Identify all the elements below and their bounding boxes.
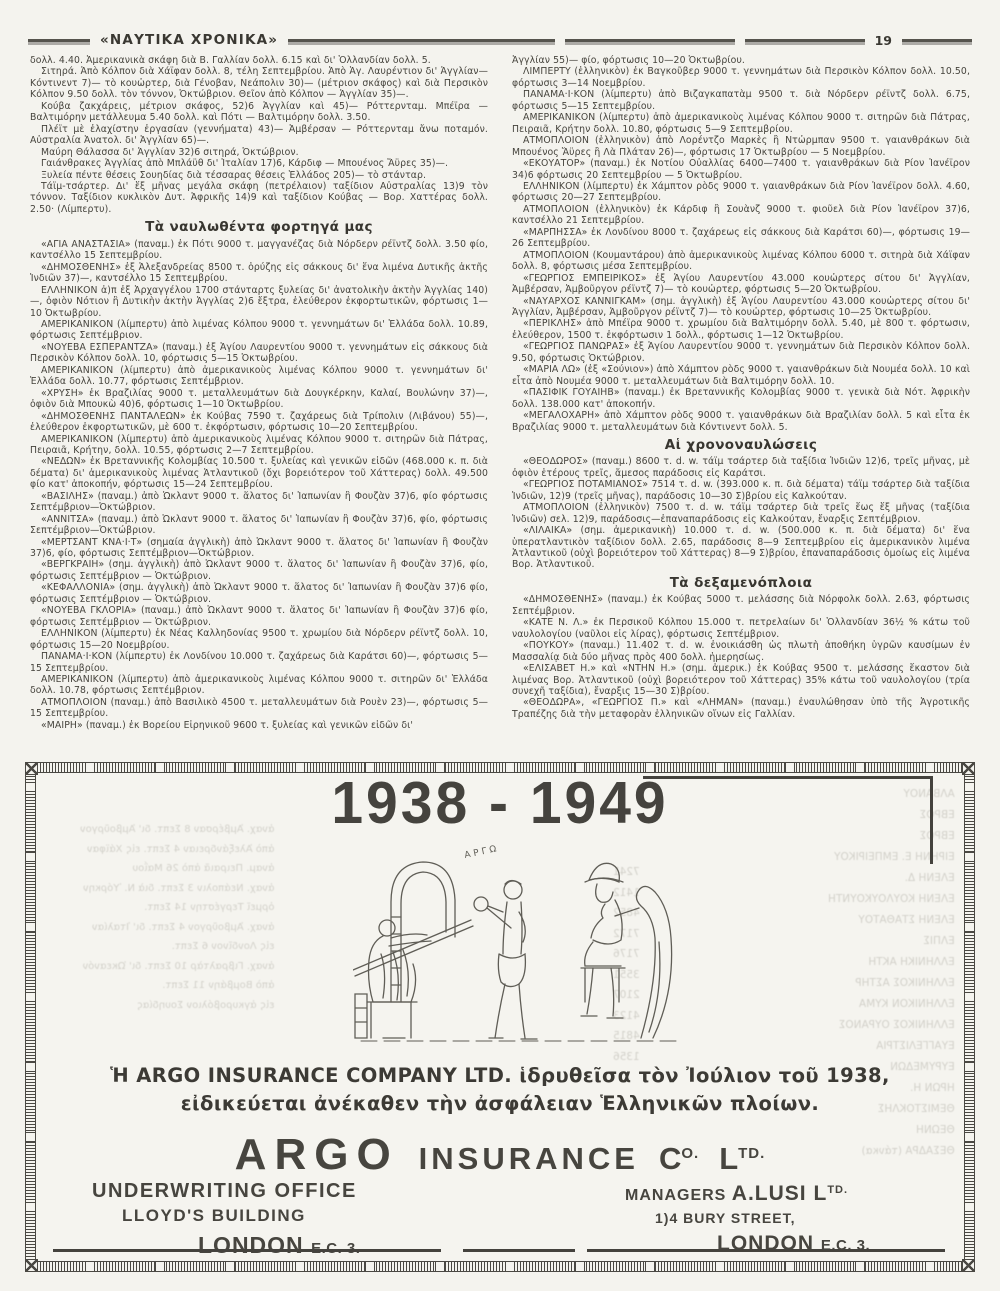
paragraph: «ΛΙΛΑΙΚΑ» (σημ. ἀμερικανικὴ) 10.000 τ. d… bbox=[512, 525, 970, 571]
paragraph: ΕΛΕΝΗ Δ. bbox=[828, 868, 955, 889]
paragraph: ΕΛΠΙΣ bbox=[828, 931, 955, 952]
paragraph: ΕΛΛΗΝΙΚΗ ΑΚΤΗ bbox=[828, 952, 955, 973]
paragraph: «ΜΕΡΤΣΑΝΤ ΚΝΑ·Ι·Τ» (σημαία ἀγγλικὴ) ἀπὸ … bbox=[30, 537, 488, 560]
paragraph: ΕΥΑΓΓΕΛΙΣΤΡΙΑ bbox=[828, 1036, 955, 1057]
ad-rule-top-right-drop bbox=[930, 776, 933, 864]
paragraph: ΕΙΡΗΝΗ Ε. ΕΜΠΕΙΡΙΚΟΥ bbox=[828, 847, 955, 868]
paragraph: Μαύρη Θάλασσα δι' Ἀγγλίαν 32)6 σιτηρά, Ὀ… bbox=[30, 147, 488, 158]
managers-street: 1)4 BURY STREET, bbox=[655, 1210, 927, 1226]
argo-illustration-svg: ΑΡΓΩ bbox=[353, 842, 687, 1062]
paragraph: ὁρμεῖ Τεργέστην 14 Σεπτ. bbox=[80, 898, 275, 918]
paragraph: «ΓΕΩΡΓΙΟΣ ΠΑΝΩΡΑΣ» ἐξ Ἁγίου Λαυρεντίου 9… bbox=[512, 341, 970, 364]
ad-rule-top-right bbox=[643, 776, 933, 779]
paragraph: Ξυλεία πέντε θέσεις Σουηδίας διὰ τέσσαρα… bbox=[30, 170, 488, 181]
paragraph: εἰς Λονδῖνον 6 Σεπτ. bbox=[80, 937, 275, 957]
paragraph: «ΘΕΟΔΩΡΑ», «ΓΕΩΡΓΙΟΣ Π.» καὶ «ΛΗΜΑΝ» (πα… bbox=[512, 697, 970, 720]
paragraph: «ΒΑΣΙΛΗΣ» (παναμ.) ἀπὸ Ὠκλαντ 9000 τ. ἅλ… bbox=[30, 491, 488, 514]
paragraph: ΕΛΛΗΝΙΚΟΝ ἀ)π ἐξ Ἀρχαγγέλου 1700 στάνταρ… bbox=[30, 285, 488, 319]
paragraph: ἀπὸ Βομβάην 11 Σεπτ. bbox=[80, 976, 275, 996]
paragraph: «ΒΕΡΓΚΡΑΙΗ» (σημ. ἀγγλικὴ) ἀπὸ Ὠκλαντ 90… bbox=[30, 559, 488, 582]
ad-bottom-rule-2 bbox=[463, 1249, 575, 1252]
paragraph: «ΚΑΤΕ Ν. Λ.» ἐκ Περσικοῦ Κόλπου 15.000 τ… bbox=[512, 617, 970, 640]
paragraph: ΕΛΕΝΗ ΣΤΑΘΑΤΟΥ bbox=[828, 910, 955, 931]
brand-ltd: LTD. bbox=[719, 1141, 765, 1177]
brand-co-superscript: O. bbox=[681, 1145, 699, 1162]
paragraph: ἀπὸ Ἀλεξάνδρειαν 4 Σεπτ. εἰς Χάϊφαν bbox=[80, 840, 275, 860]
column-right: Ἀγγλίαν 55)— φίο, φόρτωσις 10—20 Ὀκτωβρί… bbox=[512, 55, 970, 761]
chartered-ships-right: ΛΙΜΠΕΡΤΥ (ἑλληνικὸν) ἐκ Βαγκοῦβερ 9000 τ… bbox=[512, 66, 970, 433]
paragraph: «ΜΕΓΑΛΟΧΑΡΗ» ἀπὸ Χάμπτον ρὸδς 9000 τ. γα… bbox=[512, 410, 970, 433]
paragraph: δολλ. 4.40. Ἀμερικανικὰ σκάφη διὰ Β. Γαλ… bbox=[30, 55, 488, 66]
masthead-title: «ΝΑΥΤΙΚΑ ΧΡΟΝΙΚΑ» bbox=[100, 32, 278, 48]
tankers-section: «ΔΗΜΟΣΘΕΝΗΣ» (παναμ.) ἐκ Κούβας 5000 τ. … bbox=[512, 594, 970, 720]
paragraph: ΛΙΜΠΕΡΤΥ (ἑλληνικὸν) ἐκ Βαγκοῦβερ 9000 τ… bbox=[512, 66, 970, 89]
managers-name: A.LUSI LTD. bbox=[732, 1182, 848, 1205]
paragraph: ΑΤΜΟΠΛΟΙΟΝ (ἑλληνικὸν) ἐκ Κάρδιφ ἢ Σουὰν… bbox=[512, 204, 970, 227]
paragraph: ΕΛΛΗΝΙΚΟΣ ΟΥΡΑΝΟΣ bbox=[828, 1015, 955, 1036]
paragraph: εἰς ἀγκυροβόλιον Σουηδίας bbox=[80, 996, 275, 1016]
paragraph: ΑΤΜΟΠΛΟΙΟΝ (ἑλληνικὸν) 7500 τ. d. w. τάϊ… bbox=[512, 502, 970, 525]
ad-headline-line2: εἰδικεύεται ἀνέκαθεν τὴν ἀσφάλειαν Ἑλλην… bbox=[65, 1092, 935, 1115]
article-columns: δολλ. 4.40. Ἀμερικανικὰ σκάφη διὰ Β. Γαλ… bbox=[30, 55, 970, 761]
argo-brand-lockup: ARGO INSURANCE CO. LTD. bbox=[25, 1130, 975, 1180]
paragraph: «ΝΟΥΕΒΑ ΓΚΛΟΡΙΑ» (παναμ.) ἀπὸ Ὠκλαντ 900… bbox=[30, 605, 488, 628]
ad-corner-icon bbox=[25, 1259, 38, 1272]
paragraph: ἀναχ. Ἀμβοῦργον 4 Σεπτ. δι' Ἰταλίαν bbox=[80, 918, 275, 938]
brand-co: CO. bbox=[659, 1141, 699, 1177]
paragraph: ἀναχ. Γιβραλτὰρ 10 Σεπτ. δι' Ὠκεανόν bbox=[80, 957, 275, 977]
managers-line: MANAGERS A.LUSI LTD. bbox=[625, 1182, 927, 1206]
ad-corner-icon bbox=[962, 1259, 975, 1272]
brand-argo: ARGO bbox=[235, 1130, 399, 1180]
ad-bottom-rule-1 bbox=[53, 1249, 441, 1252]
ad-headline-line1: Ἡ ARGO INSURANCE COMPANY LTD. ἱδρυθεῖσα … bbox=[65, 1064, 935, 1087]
paragraph: ΑΜΕΡΙΚΑΝΙΚΟΝ (λίμπερτυ) ἀπὸ ἀμερικανικοὺ… bbox=[30, 434, 488, 457]
managers-ltd-superscript: TD. bbox=[827, 1184, 848, 1196]
paragraph: «ΑΝΝΙΤΣΑ» (παναμ.) ἀπὸ Ὠκλαντ 9000 τ. ἅλ… bbox=[30, 514, 488, 537]
paragraph: «ΜΑΙΡΗ» (παναμ.) ἐκ Βορείου Εἰρηνικοῦ 96… bbox=[30, 720, 488, 731]
header-rule-left bbox=[28, 39, 90, 42]
paragraph: «ΔΗΜΟΣΘΕΝΗΣ» (παναμ.) ἐκ Κούβας 5000 τ. … bbox=[512, 594, 970, 617]
ad-border-left bbox=[25, 762, 36, 1272]
section-heading-tankers: Τὰ δεξαμενόπλοια bbox=[512, 578, 970, 589]
paragraph: ΑΜΕΡΙΚΑΝΙΚΟΝ (λίμπερτυ) ἀπὸ ἀμερικανικοὺ… bbox=[30, 365, 488, 388]
brand-ltd-superscript: TD. bbox=[738, 1145, 765, 1162]
paragraph: ἀναχ. Νεάπολιν 3 Σεπτ. διὰ Ν. Ὑόρκην bbox=[80, 879, 275, 899]
underwriting-office-block: UNDERWRITING OFFICE LLOYD'S BUILDING LON… bbox=[80, 1180, 480, 1259]
paragraph: ΕΛΛΗΝΙΚΟΝ (λίμπερτυ) ἐκ Νέας Καλληδονίας… bbox=[30, 628, 488, 651]
paragraph: Πλέϊτ μὲ ἐλαχίστην ἐργασίαν (γεννήματα) … bbox=[30, 124, 488, 147]
paragraph: «ΑΓΙΑ ΑΝΑΣΤΑΣΙΑ» (παναμ.) ἐκ Πότι 9000 τ… bbox=[30, 239, 488, 262]
ad-border-top bbox=[25, 762, 975, 773]
brand-insurance: INSURANCE bbox=[419, 1141, 639, 1177]
section-heading-timecharters: Αἱ χρονοναυλώσεις bbox=[512, 440, 970, 451]
paragraph: ΕΛΛΗΝΙΚΟΝ (λίμπερτυ) ἐκ Χάμπτον ρὸδς 900… bbox=[512, 181, 970, 204]
paragraph: ΠΑΝΑΜΑ·Ι·ΚΟΝ (λίμπερτυ) ἀπὸ Βιζαγκαπατὰμ… bbox=[512, 89, 970, 112]
ad-bottom-rule-3 bbox=[587, 1249, 945, 1252]
paragraph: «ΕΛΙΣΑΒΕΤ Η.» καὶ «ΝΤΗΝ Η.» (σημ. ἀμερικ… bbox=[512, 663, 970, 697]
paragraph: «ΝΑΥΑΡΧΟΣ ΚΑΝΝΙΓΚΑΜ» (σημ. ἀγγλικὴ) ἐξ Ἁ… bbox=[512, 296, 970, 319]
column-left: δολλ. 4.40. Ἀμερικανικὰ σκάφη διὰ Β. Γαλ… bbox=[30, 55, 488, 761]
magazine-page: «ΝΑΥΤΙΚΑ ΧΡΟΝΙΚΑ» 19 δολλ. 4.40. Ἀμερικα… bbox=[0, 0, 1000, 1291]
paragraph: Γαιάνθρακες Ἀγγλίας ἀπὸ Μπλάϋθ δι' Ἰταλί… bbox=[30, 158, 488, 169]
managers-city-line: LONDON E.C. 3. bbox=[717, 1232, 927, 1256]
paragraph: «ΓΕΩΡΓΙΟΣ ΠΟΤΑΜΙΑΝΟΣ» 7514 τ. d. w. (393… bbox=[512, 479, 970, 502]
timecharters-section: «ΘΕΟΔΩΡΟΣ» (παναμ.) 8600 τ. d. w. τάϊμ τ… bbox=[512, 456, 970, 571]
paragraph: ΕΛΛΗΝΙΚΟΝ ΚΥΜΑ bbox=[828, 994, 955, 1015]
paragraph: «ΓΕΩΡΓΙΟΣ ΕΜΠΕΙΡΙΚΟΣ» ἐξ Ἁγίου Λαυρεντίο… bbox=[512, 273, 970, 296]
paragraph: ΑΜΕΡΙΚΑΝΙΚΟΝ (λίμπερτυ) ἀπὸ λιμένας Κόλπ… bbox=[30, 319, 488, 342]
paragraph: Ἀγγλίαν 55)— φίο, φόρτωσις 10—20 Ὀκτωβρί… bbox=[512, 55, 970, 66]
paragraph: «ΘΕΟΔΩΡΟΣ» (παναμ.) 8600 τ. d. w. τάϊμ τ… bbox=[512, 456, 970, 479]
ad-border-bottom bbox=[25, 1261, 975, 1272]
office-city-line: LONDON E.C. 3. bbox=[198, 1232, 480, 1259]
paragraph: «ΠΕΡΙΚΛΗΣ» ἀπὸ Μπέϊρα 9000 τ. χρωμίου δι… bbox=[512, 318, 970, 341]
paragraph: ΑΤΜΟΠΛΟΙΟΝ (ἑλληνικὸν) ἀπὸ Λορέντζο Μαρκ… bbox=[512, 135, 970, 158]
ad-corner-icon bbox=[962, 762, 975, 775]
page-header: «ΝΑΥΤΙΚΑ ΧΡΟΝΙΚΑ» 19 bbox=[28, 30, 972, 50]
paragraph: ἀναμ. Πειραιᾶ ἀπὸ 26 Μαΐου bbox=[80, 859, 275, 879]
paragraph: Σιτηρά. Ἀπὸ Κόλπον διὰ Χάϊφαν δολλ. 8, τ… bbox=[30, 66, 488, 100]
paragraph: ΑΜΕΡΙΚΑΝΙΚΟΝ (λίμπερτυ) ἀπὸ ἀμερικανικοὺ… bbox=[30, 674, 488, 697]
page-number: 19 bbox=[875, 33, 892, 48]
argo-shipbuilding-illustration: ΑΡΓΩ bbox=[353, 842, 687, 1062]
section-heading-chartered: Τὰ ναυλωθέντα φορτηγά μας bbox=[30, 222, 488, 233]
chartered-ships-left: «ΑΓΙΑ ΑΝΑΣΤΑΣΙΑ» (παναμ.) ἐκ Πότι 9000 τ… bbox=[30, 239, 488, 731]
illustration-argo-label: ΑΡΓΩ bbox=[464, 844, 501, 861]
paragraph: «ΜΑΡΙΑ ΛΩ» (ἐξ «Σούνιον») ἀπὸ Χάμπτον ρὸ… bbox=[512, 364, 970, 387]
header-rule-right bbox=[902, 39, 972, 42]
bleedthrough-text: ἀναχ. Ἀμβέρσαν 8 Σεπτ. δι' Ἀμβοῦργονἀπὸ … bbox=[80, 820, 275, 1015]
office-line: LLOYD'S BUILDING bbox=[122, 1206, 480, 1226]
paragraph: ΑΤΜΟΠΛΟΙΟΝ (παναμ.) ἀπὸ Βασιλικὸ 4500 τ.… bbox=[30, 697, 488, 720]
paragraph: ΑΤΜΟΠΛΟΙΟΝ (Κουμαντάρου) ἀπὸ ἀμερικανικο… bbox=[512, 250, 970, 273]
paragraph: «ΚΕΦΑΛΛΟΝΙΑ» (σημ. ἀγγλικὴ) ἀπὸ Ὠκλαντ 9… bbox=[30, 582, 488, 605]
paragraph: Κούβα ζακχάρεις, μέτριον σκάφος, 52)6 Ἀγ… bbox=[30, 101, 488, 124]
paragraph: «ΠΟΥΚΟΥ» (παναμ.) 11.402 τ. d. w. ἐνοικι… bbox=[512, 640, 970, 663]
paragraph: «ΕΚΟΥΑΤΟΡ» (παναμ.) ἐκ Νοτίου Οὐαλλίας 6… bbox=[512, 158, 970, 181]
paragraph: ΕΛΛΗΝΙΚΟΣ ΑΣΤΗΡ bbox=[828, 973, 955, 994]
argo-insurance-ad: ΑΛΒΑΝΟΥΕΒΡΟΣΕΒΡΟΣΕΙΡΗΝΗ Ε. ΕΜΠΕΙΡΙΚΟΥΕΛΕ… bbox=[25, 762, 975, 1272]
paragraph: «ΠΑΣΙΦΙΚ ΓΟΥΑΙΗΒ» (παναμ.) ἐκ Βρεταννικῆ… bbox=[512, 387, 970, 410]
paragraph: «ΝΕΔΩΝ» ἐκ Βρεταννικῆς Κολομβίας 10.500 … bbox=[30, 456, 488, 490]
office-line: UNDERWRITING OFFICE bbox=[92, 1180, 480, 1203]
paragraph: «ΔΗΜΟΣΘΕΝΗΣ ΠΑΝΤΑΛΕΩΝ» ἐκ Κούβας 7590 τ.… bbox=[30, 411, 488, 434]
managers-block: MANAGERS A.LUSI LTD. 1)4 BURY STREET, LO… bbox=[617, 1182, 927, 1256]
market-report-section: Σιτηρά. Ἀπὸ Κόλπον διὰ Χάϊφαν δολλ. 8, τ… bbox=[30, 66, 488, 215]
ad-border-right bbox=[964, 762, 975, 1272]
paragraph: «ΜΑΡΠΗΣΣΑ» ἐκ Λονδίνου 8000 τ. ζαχάρεως … bbox=[512, 227, 970, 250]
header-rule-mid-2 bbox=[565, 39, 735, 42]
paragraph: ΑΜΕΡΙΚΑΝΙΚΟΝ (λίμπερτυ) ἀπὸ ἀμερικανικοὺ… bbox=[512, 112, 970, 135]
header-rule-mid-1 bbox=[288, 39, 554, 42]
header-rule-mid-3 bbox=[745, 39, 865, 42]
paragraph: «ΧΡΥΣΗ» ἐκ Βραζιλίας 9000 τ. μεταλλευμάτ… bbox=[30, 388, 488, 411]
ad-corner-icon bbox=[25, 762, 38, 775]
paragraph: «ΔΗΜΟΣΘΕΝΗΣ» ἐξ Ἀλεξανδρείας 8500 τ. ὁρύ… bbox=[30, 262, 488, 285]
paragraph: ΠΑΝΑΜΑ·Ι·ΚΟΝ (λίμπερτυ) ἐκ Λονδίνου 10.0… bbox=[30, 651, 488, 674]
paragraph: Τάϊμ-τσάρτερ. Δι' ἕξ μῆνας μεγάλα σκάφη … bbox=[30, 181, 488, 215]
paragraph: ΕΛΕΝΗ ΚΟΥΛΟΥΚΟΥΝΤΗ bbox=[828, 889, 955, 910]
paragraph: «ΝΟΥΕΒΑ ΕΣΠΕΡΑΝΤΖΑ» (παναμ.) ἐξ Ἁγίου Λα… bbox=[30, 342, 488, 365]
